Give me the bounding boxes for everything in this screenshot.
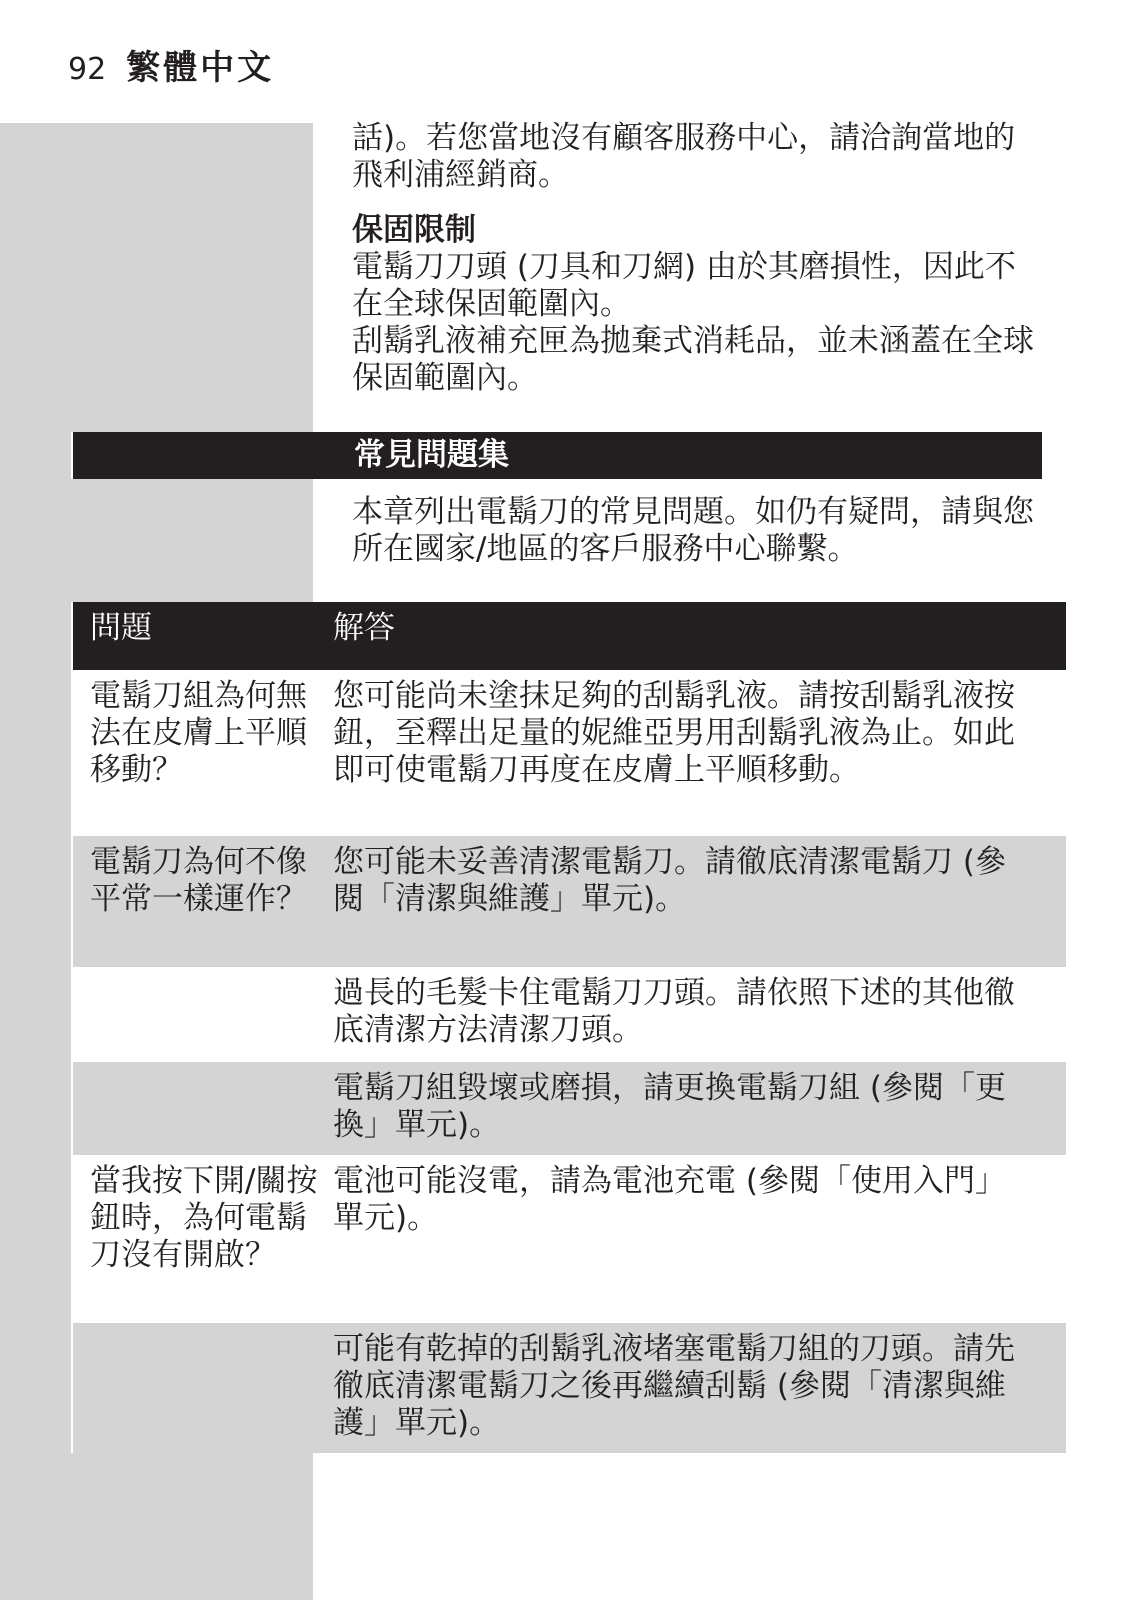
faq-section-bar: 常見問題集	[71, 432, 1042, 479]
answer-cell: 您可能未妥善清潔電鬍刀。請徹底清潔電鬍刀 (參閱「清潔與維護」單元)。	[333, 836, 1066, 967]
answer-cell: 可能有乾掉的刮鬍乳液堵塞電鬍刀組的刀頭。請先徹底清潔電鬍刀之後再繼續刮鬍 (參閱…	[333, 1323, 1066, 1453]
question-cell	[73, 1323, 333, 1453]
header-answer: 解答	[333, 602, 1066, 670]
page-header: 92 繁體中文	[68, 40, 274, 84]
continuation-paragraph: 話)。若您當地沒有顧客服務中心，請洽詢當地的飛利浦經銷商。	[352, 120, 1052, 194]
answer-cell: 電池可能沒電，請為電池充電 (參閱「使用入門」單元)。	[333, 1155, 1066, 1323]
question-cell: 電鬍刀組為何無法在皮膚上平順移動？	[73, 670, 333, 836]
question-cell: 當我按下開/關按鈕時，為何電鬍刀沒有開啟？	[73, 1155, 333, 1323]
table-row: 過長的毛髮卡住電鬍刀刀頭。請依照下述的其他徹底清潔方法清潔刀頭。	[73, 967, 1066, 1062]
question-cell: 電鬍刀為何不像平常一樣運作？	[73, 836, 333, 967]
warranty-line: 電鬍刀刀頭 (刀具和刀網) 由於其磨損性，因此不在全球保固範圍內。	[352, 249, 1042, 323]
table-header: 問題 解答	[73, 602, 1066, 670]
answer-cell: 過長的毛髮卡住電鬍刀刀頭。請依照下述的其他徹底清潔方法清潔刀頭。	[333, 967, 1066, 1062]
table-row: 電鬍刀為何不像平常一樣運作？ 您可能未妥善清潔電鬍刀。請徹底清潔電鬍刀 (參閱「…	[73, 836, 1066, 967]
header-question: 問題	[73, 602, 333, 670]
faq-table: 問題 解答 電鬍刀組為何無法在皮膚上平順移動？ 您可能尚未塗抹足夠的刮鬍乳液。請…	[71, 602, 1066, 1453]
table-row: 電鬍刀組為何無法在皮膚上平順移動？ 您可能尚未塗抹足夠的刮鬍乳液。請按刮鬍乳液按…	[73, 670, 1066, 836]
section-description: 本章列出電鬍刀的常見問題。如仍有疑問，請與您所在國家/地區的客戶服務中心聯繫。	[352, 494, 1052, 568]
warranty-section: 保固限制 電鬍刀刀頭 (刀具和刀網) 由於其磨損性，因此不在全球保固範圍內。 刮…	[352, 212, 1052, 397]
answer-cell: 電鬍刀組毀壞或磨損，請更換電鬍刀組 (參閱「更換」單元)。	[333, 1062, 1066, 1155]
answer-cell: 您可能尚未塗抹足夠的刮鬍乳液。請按刮鬍乳液按鈕，至釋出足量的妮維亞男用刮鬍乳液為…	[333, 670, 1066, 836]
warranty-line: 刮鬍乳液補充匣為拋棄式消耗品，並未涵蓋在全球保固範圍內。	[352, 323, 1042, 397]
warranty-heading: 保固限制	[352, 212, 1052, 249]
question-cell	[73, 967, 333, 1062]
question-cell	[73, 1062, 333, 1155]
page-number: 92	[68, 52, 106, 87]
table-row: 當我按下開/關按鈕時，為何電鬍刀沒有開啟？ 電池可能沒電，請為電池充電 (參閱「…	[73, 1155, 1066, 1323]
section-title: 常見問題集	[354, 436, 509, 474]
table-row: 可能有乾掉的刮鬍乳液堵塞電鬍刀組的刀頭。請先徹底清潔電鬍刀之後再繼續刮鬍 (參閱…	[73, 1323, 1066, 1453]
table-row: 電鬍刀組毀壞或磨損，請更換電鬍刀組 (參閱「更換」單元)。	[73, 1062, 1066, 1155]
page-language: 繁體中文	[126, 40, 274, 89]
